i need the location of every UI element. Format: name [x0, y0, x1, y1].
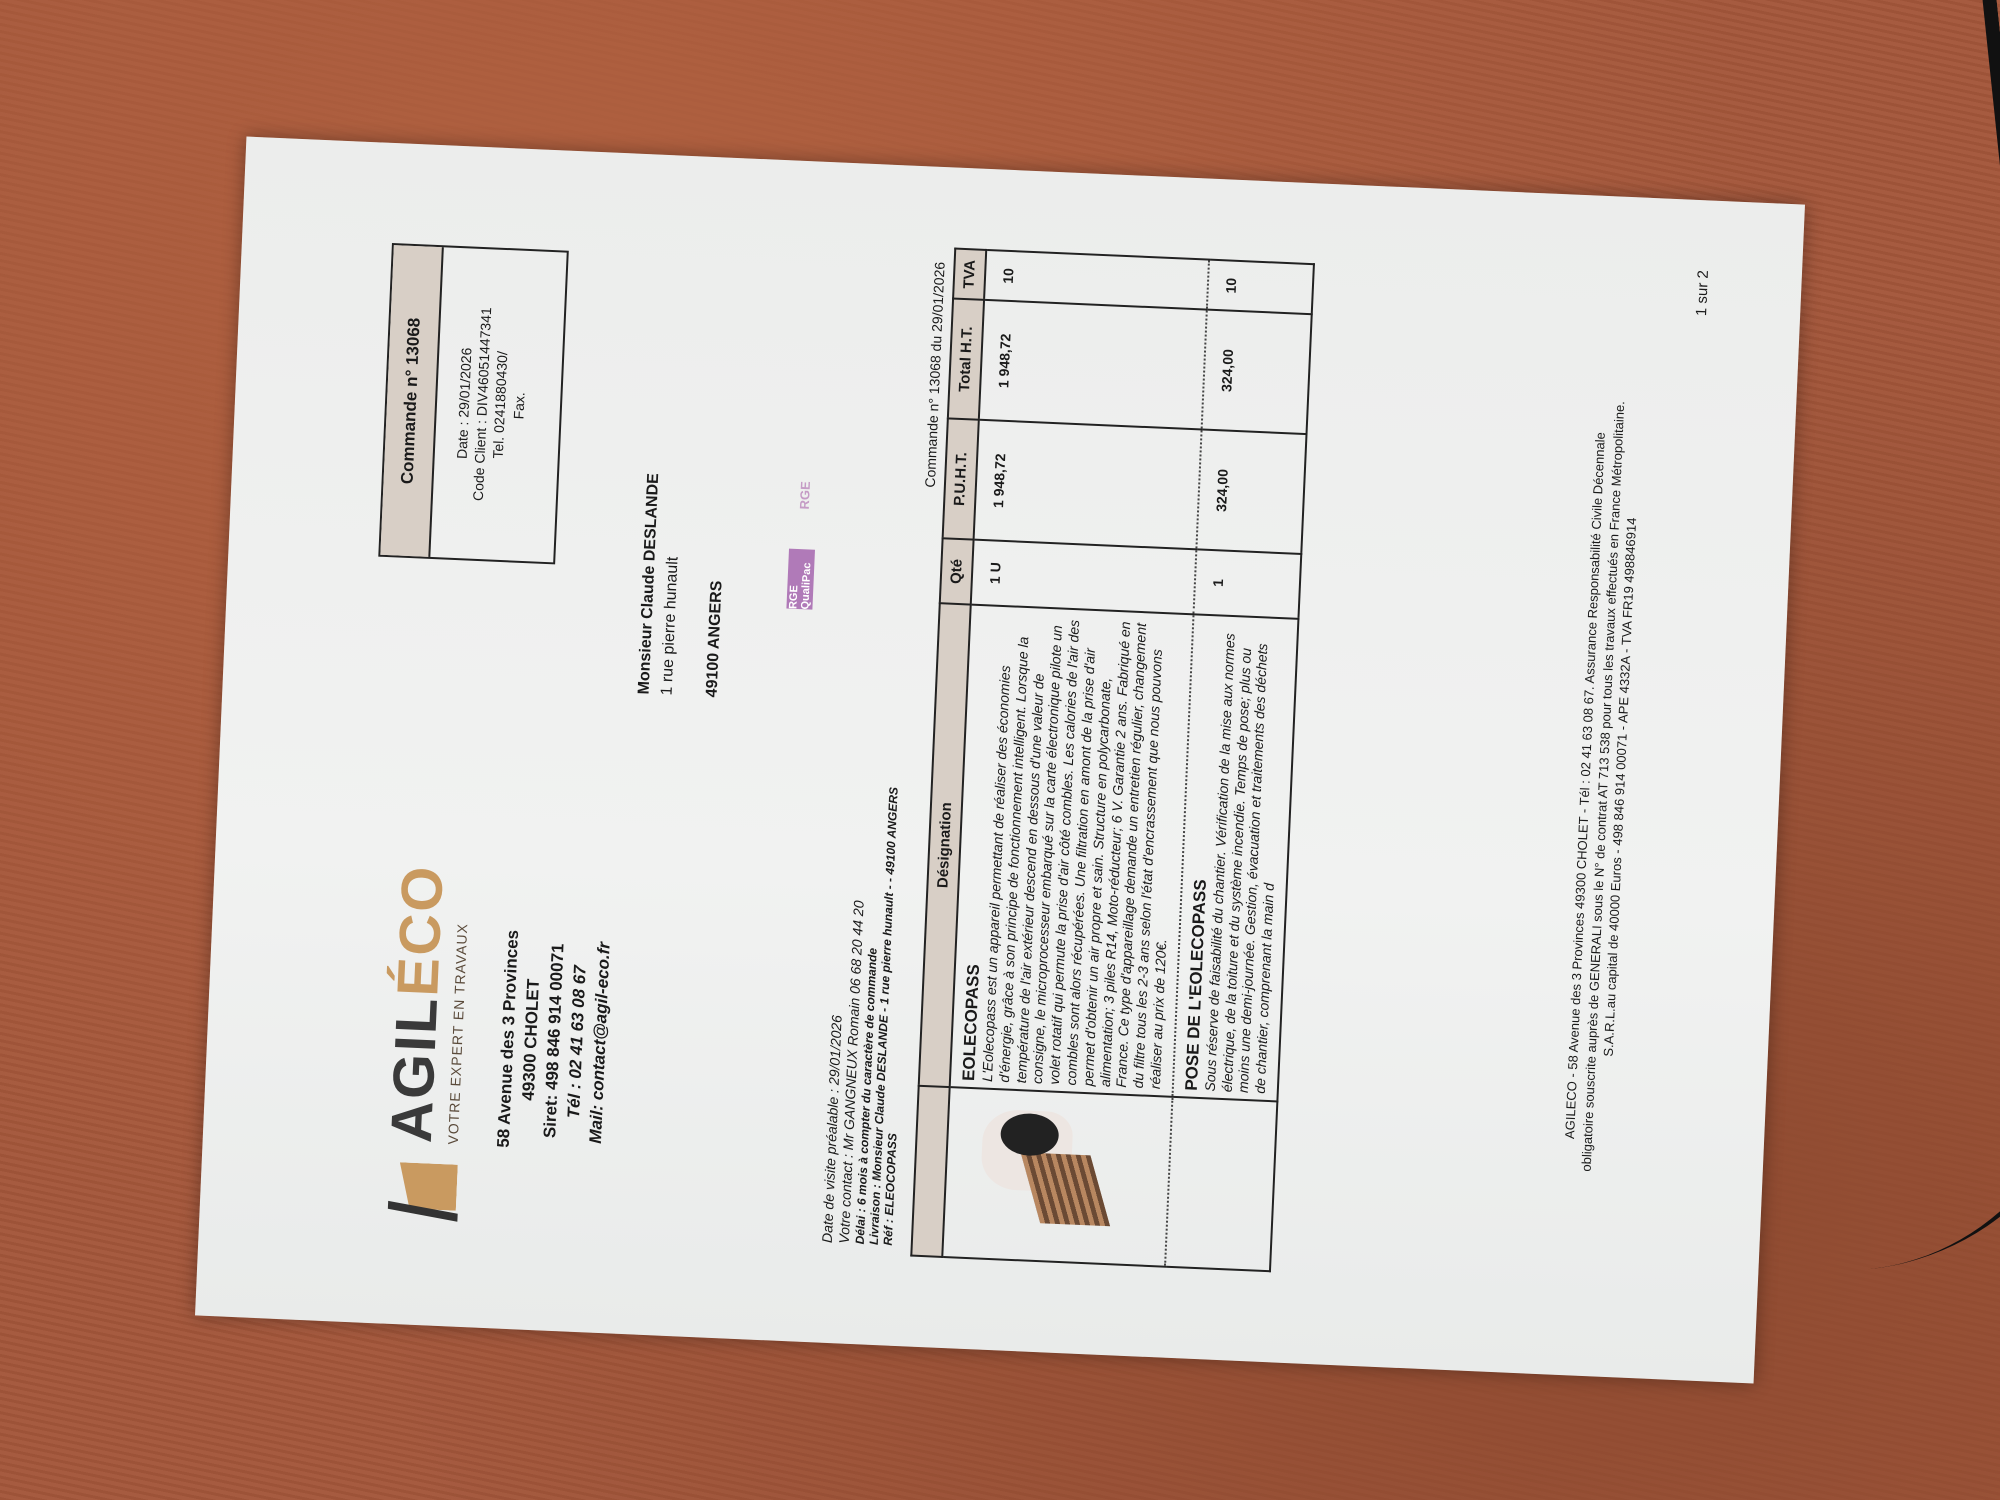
- legal-footer: AGILECO - 58 Avenue des 3 Provinces 4930…: [1551, 196, 1655, 1377]
- rge-badge: RGE: [796, 481, 812, 510]
- page-number: 1 sur 2: [1693, 270, 1712, 317]
- col-qty: Qté: [940, 538, 974, 604]
- item-vat: 10: [984, 250, 1209, 310]
- col-vat: TVA: [953, 249, 986, 300]
- eolecopass-product-image: [958, 1098, 1114, 1254]
- order-info-box: Commande n° 13068 Date : 29/01/2026 Code…: [378, 243, 568, 564]
- logo-part1: AGIL: [379, 995, 450, 1144]
- item-qty: 1 U: [971, 540, 1196, 615]
- certification-logos: RGE QualiPac RGE: [786, 481, 818, 610]
- items-table: Désignation Qté P.U.H.T. Total H.T. TVA …: [910, 248, 1315, 1273]
- rge-qualipac-badge: RGE QualiPac: [786, 549, 815, 610]
- logo-part2: ÉCO: [385, 863, 456, 997]
- order-document: AGILÉCO VOTRE EXPERT EN TRAVAUX 58 Avenu…: [195, 137, 1805, 1384]
- item-description: L'Eolecopass est un appareil permettant …: [979, 613, 1184, 1090]
- client-city: 49100 ANGERS: [701, 476, 734, 698]
- order-reference: Commande n° 13068 du 29/01/2026: [922, 262, 948, 488]
- item-unit-price: 1 948,72: [974, 420, 1202, 550]
- item-total: 324,00: [1201, 310, 1311, 434]
- item-unit-price: 324,00: [1196, 429, 1306, 553]
- client-address: Monsieur Claude DESLANDE 1 rue pierre hu…: [633, 473, 734, 698]
- item-vat: 10: [1207, 260, 1314, 315]
- company-logo: AGILÉCO VOTRE EXPERT EN TRAVAUX: [380, 863, 473, 1216]
- table-row: EOLECOPASS L'Eolecopass est un appareil …: [942, 250, 1209, 1267]
- item-total: 1 948,72: [979, 300, 1207, 430]
- house-roof-icon: [388, 1152, 461, 1217]
- company-info: 58 Avenue des 3 Provinces 49300 CHOLET S…: [491, 898, 618, 1183]
- item-qty: 1: [1193, 549, 1301, 619]
- visit-info: Date de visite préalable : 29/01/2026 Vo…: [819, 785, 916, 1246]
